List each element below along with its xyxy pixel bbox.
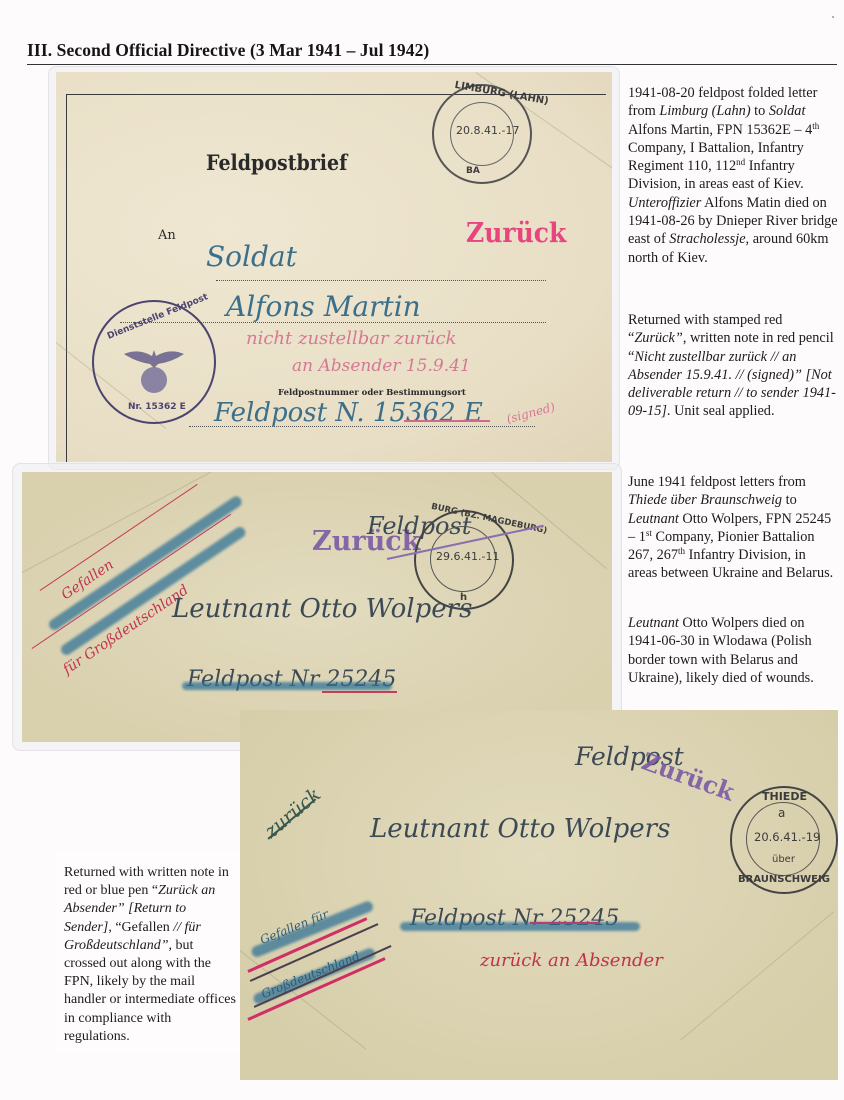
address-line-2: Alfons Martin bbox=[226, 290, 421, 323]
page-title: III. Second Official Directive (3 Mar 19… bbox=[27, 40, 429, 61]
envelope-thiede: Feldpost Zurück THIEDE a 20.6.41.-19 übe… bbox=[240, 710, 838, 1080]
caption-letter-1: 1941-08-20 feldpost folded letter from L… bbox=[628, 84, 838, 267]
frame-line bbox=[66, 94, 67, 462]
envelope-burg: Gefallen für Großdeutschland Zurück Feld… bbox=[22, 472, 612, 742]
red-note-line-1: nicht zustellbar zurück bbox=[246, 328, 457, 349]
caption-return-note-1: Returned with stamped red “Zurück”, writ… bbox=[628, 311, 838, 421]
fpn-red-strike bbox=[530, 922, 600, 924]
page-mark bbox=[832, 16, 834, 18]
eagle-icon bbox=[122, 332, 186, 396]
feldpostbrief-label: Feldpostbrief bbox=[206, 150, 347, 175]
fpn-blue-strike bbox=[400, 922, 640, 931]
fpn-blue-strike bbox=[182, 682, 392, 690]
address-line-1: Leutnant Otto Wolpers bbox=[172, 594, 472, 624]
folded-letter-limburg: Feldpostbrief An Feldpostnummer oder Bes… bbox=[56, 72, 612, 462]
flap-crease bbox=[680, 911, 834, 1040]
zuruck-an-absender-note: zurück an Absender bbox=[480, 950, 663, 971]
address-line-fpn: Feldpost N. 15362 E bbox=[214, 398, 483, 428]
blue-strike bbox=[59, 525, 248, 657]
title-rule bbox=[27, 64, 837, 65]
fpn-caption: Feldpostnummer oder Bestimmungsort bbox=[278, 388, 466, 398]
red-note-line-2: an Absender 15.9.41 bbox=[292, 356, 471, 376]
red-note-signature: (signed) bbox=[505, 400, 556, 426]
postmark-limburg: LIMBURG (LAHN) 20.8.41.-17 BA bbox=[432, 84, 532, 184]
unit-seal: Dienststelle Feldpost Nr. 15362 E bbox=[92, 300, 216, 424]
caption-death-note: Leutnant Otto Wolpers died on 1941-06-30… bbox=[628, 614, 838, 687]
zuruck-green-note: zurück bbox=[261, 783, 325, 842]
fpn-strike bbox=[404, 420, 490, 422]
postmark-thiede: THIEDE a 20.6.41.-19 über BRAUNSCHWEIG bbox=[730, 786, 838, 894]
an-label: An bbox=[158, 228, 176, 243]
zuruck-stamp: Zurück bbox=[638, 746, 738, 806]
address-line bbox=[216, 280, 546, 281]
caption-letters-2: June 1941 feldpost letters from Thiede ü… bbox=[628, 473, 838, 583]
address-line-1: Leutnant Otto Wolpers bbox=[370, 814, 670, 844]
zuruck-stamp: Zurück bbox=[466, 217, 566, 249]
caption-return-note-2: Returned with written note in red or blu… bbox=[64, 864, 236, 1046]
address-line-1: Soldat bbox=[206, 240, 297, 273]
fpn-red-strike bbox=[322, 691, 397, 693]
